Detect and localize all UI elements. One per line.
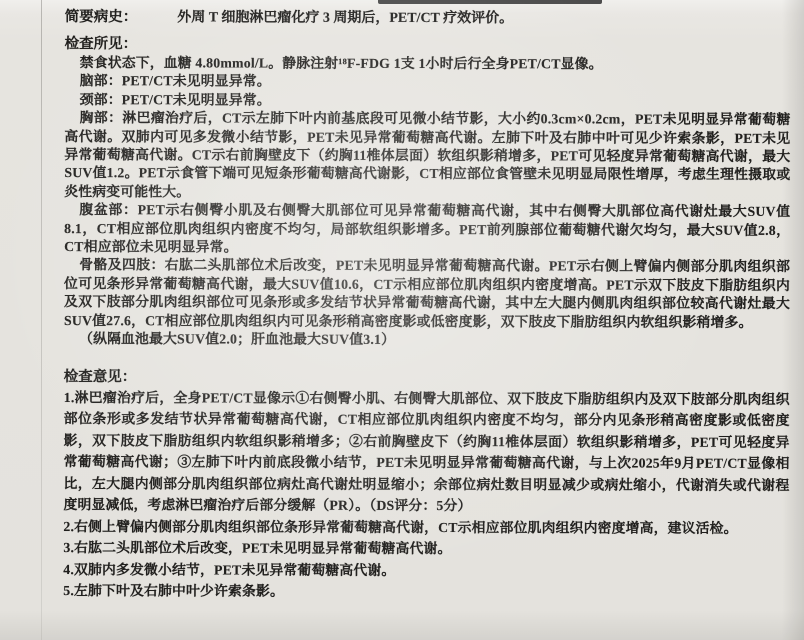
findings-section: 检查所见： 禁食状态下，血糖 4.80mmol/L。静脉注射¹⁸F-FDG 1支… xyxy=(64,34,791,350)
findings-paragraph-chest: 胸部：淋巴瘤治疗后，CT示左肺下叶内前基底段可见微小结节影，大小约0.3cm×0… xyxy=(64,109,790,203)
findings-paragraph-brain: 脑部：PET/CT未见明显异常。 xyxy=(65,72,791,92)
findings-paragraph-bones-limbs: 骨骼及四肢：右肱二头肌部位术后改变，PET未见明显异常葡萄糖高代谢。PET示右侧… xyxy=(64,257,790,333)
paper-edge-shadow xyxy=(41,0,42,640)
brief-history-row: 简要病史： 外周 T 细胞淋巴瘤化疗 3 周期后，PET/CT 疗效评价。 xyxy=(65,7,791,30)
scan-edge-artifact xyxy=(378,0,602,4)
scanned-report-page: 简要病史： 外周 T 细胞淋巴瘤化疗 3 周期后，PET/CT 疗效评价。 检查… xyxy=(0,0,804,640)
impression-item-5: 5.左肺下叶及右肺中叶少许索条影。 xyxy=(63,580,789,603)
findings-heading: 检查所见： xyxy=(65,34,791,56)
impression-item-2: 2.右侧上臂偏内侧部分肌肉组织部位条形异常葡萄糖高代谢，CT示相应部位肌肉组织内… xyxy=(63,516,789,539)
impression-heading: 检查意见： xyxy=(64,367,790,389)
impression-item-3: 3.右肱二头肌部位术后改变，PET未见明显异常葡萄糖高代谢。 xyxy=(63,537,789,560)
impression-section: 检查意见： 1.淋巴瘤治疗后，全身PET/CT显像示①右侧臀小肌、右侧臀大肌部位… xyxy=(63,367,790,604)
impression-item-1: 1.淋巴瘤治疗后，全身PET/CT显像示①右侧臀小肌、右侧臀大肌部位、双下肢皮下… xyxy=(63,387,789,518)
brief-history-text: 外周 T 细胞淋巴瘤化疗 3 周期后，PET/CT 疗效评价。 xyxy=(177,8,513,29)
findings-paragraph-abdomen-pelvis: 腹盆部：PET示右侧臀小肌及右侧臀大肌部位可见异常葡萄糖高代谢，其中右侧臀大肌部… xyxy=(64,201,790,258)
findings-paragraph-neck: 颈部：PET/CT未见明显异常。 xyxy=(65,91,791,111)
report-content: 简要病史： 外周 T 细胞淋巴瘤化疗 3 周期后，PET/CT 疗效评价。 检查… xyxy=(63,5,791,603)
findings-paragraph-blood-pool: （纵隔血池最大SUV值2.0；肝血池最大SUV值3.1） xyxy=(64,330,790,350)
brief-history-label: 简要病史： xyxy=(65,7,138,27)
impression-item-4: 4.双肺内多发微小结节，PET未见异常葡萄糖高代谢。 xyxy=(63,559,789,582)
findings-paragraph-fasting: 禁食状态下，血糖 4.80mmol/L。静脉注射¹⁸F-FDG 1支 1小时后行… xyxy=(65,54,791,74)
